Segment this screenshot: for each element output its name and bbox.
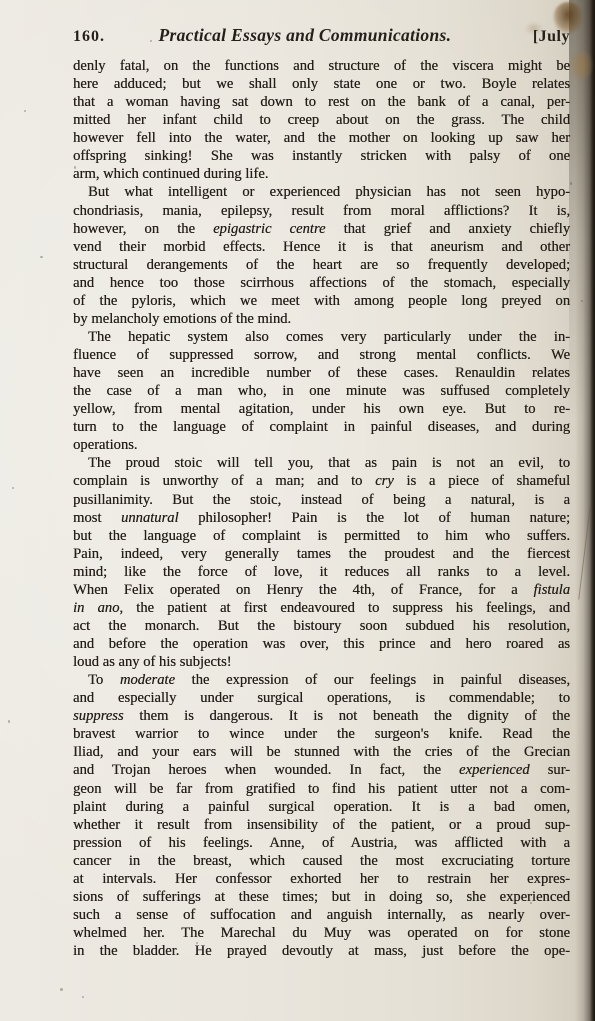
text-line: The hepatic system also comes very parti… bbox=[73, 328, 570, 346]
text-line: fluence of suppressed sorrow, and strong… bbox=[73, 346, 570, 364]
text-line: here adduced; but we shall only state on… bbox=[73, 75, 570, 93]
text-line: by melancholy emotions of the mind. bbox=[73, 310, 570, 328]
text-line: sions of sufferings at these times; but … bbox=[73, 888, 570, 906]
text-line: denly fatal, on the functions and struct… bbox=[73, 57, 570, 75]
text-line: plaint during a painful surgical operati… bbox=[73, 798, 570, 816]
text-line: Iliad, and your ears will be stunned wit… bbox=[73, 743, 570, 761]
paper-speck bbox=[40, 256, 43, 258]
text-line: yellow, from mental agitation, under his… bbox=[73, 400, 570, 418]
scanned-book-page: 160. Practical Essays and Communications… bbox=[0, 0, 595, 1021]
text-line: The proud stoic will tell you, that as p… bbox=[73, 454, 570, 472]
text-line: and before the operation was over, this … bbox=[73, 635, 570, 653]
text-line: structural derangements of the heart are… bbox=[73, 256, 570, 274]
text-line: geon will be far from gratified to find … bbox=[73, 780, 570, 798]
issue-label: [July bbox=[533, 28, 570, 46]
text-line: cancer in the breast, which caused the m… bbox=[73, 852, 570, 870]
paper-speck bbox=[12, 487, 14, 489]
text-line: have seen an incredible number of these … bbox=[73, 364, 570, 382]
text-line: whether it result from insensibility of … bbox=[73, 816, 570, 834]
running-head: 160. Practical Essays and Communications… bbox=[73, 25, 570, 46]
text-line: chondriasis, mania, epilepsy, result fro… bbox=[73, 202, 570, 220]
text-line: act the monarch. But the bistoury soon s… bbox=[73, 617, 570, 635]
text-line: turn to the language of complaint in pai… bbox=[73, 418, 570, 436]
text-line: complain is unworthy of a man; and to cr… bbox=[73, 472, 570, 490]
paper-speck bbox=[581, 300, 583, 302]
text-line: whelmed her. The Marechal du Muy was ope… bbox=[73, 924, 570, 942]
text-line: that a woman having sat down to rest on … bbox=[73, 93, 570, 111]
text-line: of the pyloris, which we meet with among… bbox=[73, 292, 570, 310]
text-line: but the language of complaint is permitt… bbox=[73, 527, 570, 545]
stain-mark bbox=[571, 50, 593, 80]
paper-speck bbox=[24, 110, 26, 112]
page-title: Practical Essays and Communications. bbox=[159, 25, 452, 46]
text-line: When Felix operated on Henry the 4th, of… bbox=[73, 581, 570, 599]
text-line: in the bladder. He prayed devoutly at ma… bbox=[73, 942, 570, 960]
body-text: denly fatal, on the functions and struct… bbox=[73, 57, 570, 960]
text-line: Pain, indeed, very generally tames the p… bbox=[73, 545, 570, 563]
paper-speck bbox=[570, 182, 572, 185]
paper-speck bbox=[60, 988, 63, 991]
text-line: pusillanimity. But the stoic, instead of… bbox=[73, 491, 570, 509]
text-line: however, on the epigastric centre that g… bbox=[73, 220, 570, 238]
page-number: 160. bbox=[73, 28, 105, 46]
text-line: mitted her infant child to creep about o… bbox=[73, 111, 570, 129]
text-line: To moderate the expression of our feelin… bbox=[73, 671, 570, 689]
text-line: however fell into the water, and the mot… bbox=[73, 129, 570, 147]
text-line: offspring sinking! She was instantly str… bbox=[73, 147, 570, 165]
text-line: arm, which continued during life. bbox=[73, 165, 570, 183]
text-line: the case of a man who, in one minute was… bbox=[73, 382, 570, 400]
text-line: and hence too those scirrhous affections… bbox=[73, 274, 570, 292]
text-line: bravest warrior to wince under the surge… bbox=[73, 725, 570, 743]
text-line: pression of his feelings. Anne, of Austr… bbox=[73, 834, 570, 852]
text-line: But what intelligent or experienced phys… bbox=[73, 183, 570, 201]
text-line: suppress them is dangerous. It is not be… bbox=[73, 707, 570, 725]
text-line: mind; like the force of love, it reduces… bbox=[73, 563, 570, 581]
text-line: at intervals. Her confessor exhorted her… bbox=[73, 870, 570, 888]
text-line: vend their morbid effects. Hence it is t… bbox=[73, 238, 570, 256]
text-line: operations. bbox=[73, 436, 570, 454]
text-line: and Trojan heroes when wounded. In fact,… bbox=[73, 761, 570, 779]
text-line: such a sense of suffocation and anguish … bbox=[73, 906, 570, 924]
text-line: most unnatural philosopher! Pain is the … bbox=[73, 509, 570, 527]
text-line: in ano, the patient at first endeavoured… bbox=[73, 599, 570, 617]
text-line: and especially under surgical operations… bbox=[73, 689, 570, 707]
text-line: loud as any of his subjects! bbox=[73, 653, 570, 671]
paper-speck bbox=[8, 720, 10, 723]
paper-speck bbox=[82, 996, 84, 998]
